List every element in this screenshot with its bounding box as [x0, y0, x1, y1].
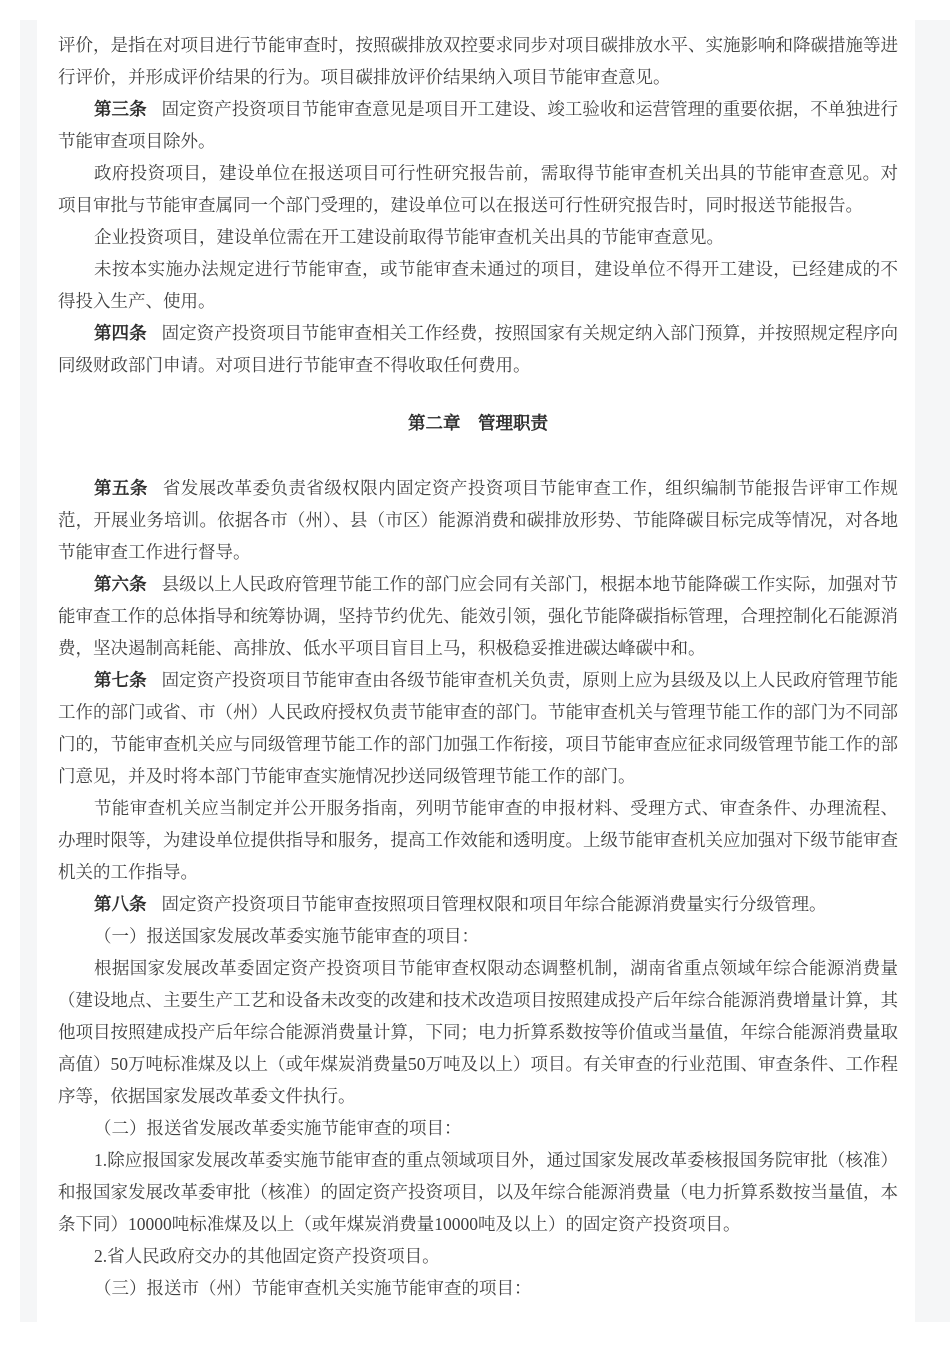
- paragraph: 第八条固定资产投资项目节能审查按照项目管理权限和项目年综合能源消费量实行分级管理…: [58, 888, 898, 920]
- paragraph-text: 固定资产投资项目节能审查意见是项目开工建设、竣工验收和运营管理的重要依据，不单独…: [58, 99, 898, 151]
- paragraph: 评价，是指在对项目进行节能审查时，按照碳排放双控要求同步对项目碳排放水平、实施影…: [58, 29, 898, 93]
- paragraph-text: 评价，是指在对项目进行节能审查时，按照碳排放双控要求同步对项目碳排放水平、实施影…: [58, 35, 898, 87]
- chapter-heading: 第二章 管理职责: [58, 407, 898, 439]
- paragraph: （一）报送国家发展改革委实施节能审查的项目：: [58, 920, 898, 952]
- paragraph: 1.除应报国家发展改革委实施节能审查的重点领域项目外，通过国家发展改革委核报国务…: [58, 1144, 898, 1240]
- paragraph-text: 根据国家发展改革委固定资产投资项目节能审查权限动态调整机制，湖南省重点领域年综合…: [58, 958, 898, 1106]
- paragraph: 第七条固定资产投资项目节能审查由各级节能审查机关负责，原则上应为县级及以上人民政…: [58, 664, 898, 792]
- article-number: 第四条: [94, 323, 147, 343]
- paragraph-text: 未按本实施办法规定进行节能审查，或节能审查未通过的项目，建设单位不得开工建设，已…: [58, 259, 898, 311]
- paragraph-text: 固定资产投资项目节能审查相关工作经费，按照国家有关规定纳入部门预算，并按照规定程…: [58, 323, 898, 375]
- paragraph: 第三条固定资产投资项目节能审查意见是项目开工建设、竣工验收和运营管理的重要依据，…: [58, 93, 898, 157]
- article-number: 第七条: [94, 670, 147, 690]
- paragraph-text: 节能审查机关应当制定并公开服务指南，列明节能审查的申报材料、受理方式、审查条件、…: [58, 798, 898, 882]
- document-container: 评价，是指在对项目进行节能审查时，按照碳排放双控要求同步对项目碳排放水平、实施影…: [20, 20, 950, 1322]
- article-number: 第六条: [94, 574, 147, 594]
- article-number: 第八条: [94, 894, 147, 914]
- paragraph-text: 省发展改革委负责省级权限内固定资产投资项目节能审查工作，组织编制节能报告评审工作…: [58, 478, 898, 562]
- paragraph: 第五条省发展改革委负责省级权限内固定资产投资项目节能审查工作，组织编制节能报告评…: [58, 472, 898, 568]
- paragraph: 第四条固定资产投资项目节能审查相关工作经费，按照国家有关规定纳入部门预算，并按照…: [58, 317, 898, 381]
- paragraph-text: 1.除应报国家发展改革委实施节能审查的重点领域项目外，通过国家发展改革委核报国务…: [58, 1150, 898, 1234]
- paragraph-text: （一）报送国家发展改革委实施节能审查的项目：: [94, 926, 479, 946]
- article-number: 第三条: [94, 99, 147, 119]
- paragraph: 企业投资项目，建设单位需在开工建设前取得节能审查机关出具的节能审查意见。: [58, 221, 898, 253]
- paragraph: （二）报送省发展改革委实施节能审查的项目：: [58, 1112, 898, 1144]
- paragraph-text: 县级以上人民政府管理节能工作的部门应会同有关部门，根据本地节能降碳工作实际，加强…: [58, 574, 898, 658]
- paragraph: 未按本实施办法规定进行节能审查，或节能审查未通过的项目，建设单位不得开工建设，已…: [58, 253, 898, 317]
- paragraph: 政府投资项目，建设单位在报送项目可行性研究报告前，需取得节能审查机关出具的节能审…: [58, 157, 898, 221]
- paragraph-text: （二）报送省发展改革委实施节能审查的项目：: [94, 1118, 462, 1138]
- paragraph-text: （三）报送市（州）节能审查机关实施节能审查的项目：: [94, 1278, 532, 1298]
- paragraph-text: 2.省人民政府交办的其他固定资产投资项目。: [94, 1246, 440, 1266]
- paragraph-text: 固定资产投资项目节能审查由各级节能审查机关负责，原则上应为县级及以上人民政府管理…: [58, 670, 898, 786]
- paragraph: 根据国家发展改革委固定资产投资项目节能审查权限动态调整机制，湖南省重点领域年综合…: [58, 952, 898, 1112]
- paragraph: 第六条县级以上人民政府管理节能工作的部门应会同有关部门，根据本地节能降碳工作实际…: [58, 568, 898, 664]
- document-page: 评价，是指在对项目进行节能审查时，按照碳排放双控要求同步对项目碳排放水平、实施影…: [37, 20, 915, 1322]
- paragraph-text: 固定资产投资项目节能审查按照项目管理权限和项目年综合能源消费量实行分级管理。: [162, 894, 827, 914]
- article-number: 第五条: [94, 478, 148, 498]
- paragraph-text: 政府投资项目，建设单位在报送项目可行性研究报告前，需取得节能审查机关出具的节能审…: [58, 163, 898, 215]
- paragraph: 节能审查机关应当制定并公开服务指南，列明节能审查的申报材料、受理方式、审查条件、…: [58, 792, 898, 888]
- page-background: 评价，是指在对项目进行节能审查时，按照碳排放双控要求同步对项目碳排放水平、实施影…: [0, 0, 950, 1345]
- document-content: 评价，是指在对项目进行节能审查时，按照碳排放双控要求同步对项目碳排放水平、实施影…: [37, 20, 915, 1304]
- paragraph-text: 企业投资项目，建设单位需在开工建设前取得节能审查机关出具的节能审查意见。: [94, 227, 724, 247]
- paragraph: （三）报送市（州）节能审查机关实施节能审查的项目：: [58, 1272, 898, 1304]
- paragraph: 2.省人民政府交办的其他固定资产投资项目。: [58, 1240, 898, 1272]
